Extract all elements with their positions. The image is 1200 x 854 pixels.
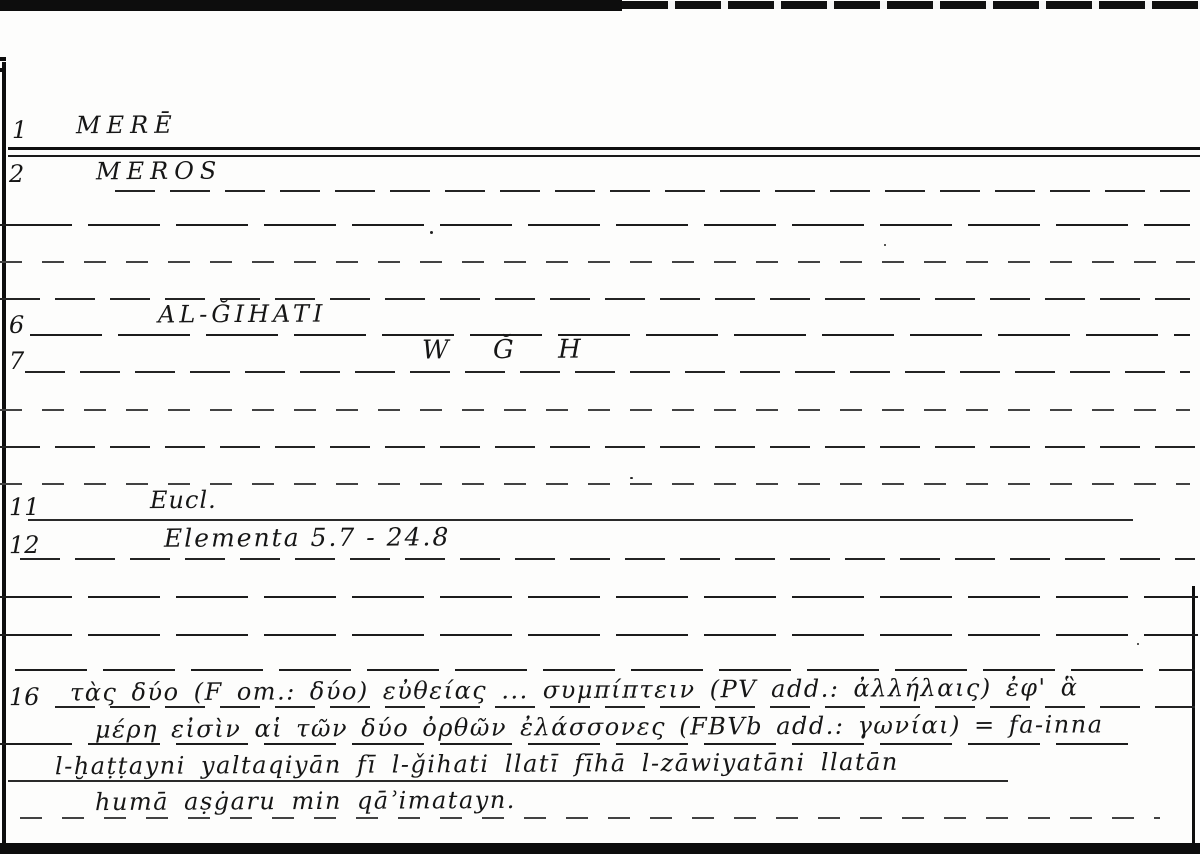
entry-elementa: Elementa 5.7 - 24.8 xyxy=(164,522,450,552)
left-border xyxy=(2,62,6,845)
ruled-line xyxy=(115,190,1190,192)
ruled-line xyxy=(8,780,1008,782)
ruled-line xyxy=(15,669,1195,671)
ruled-line xyxy=(0,409,1190,411)
ruled-line xyxy=(0,483,1190,485)
scan-speck xyxy=(1137,643,1139,645)
scanned-card: 1 2 6 7 11 12 16 MERĒ MEROS AL-ĞIHATI W … xyxy=(0,0,1200,854)
ruled-line xyxy=(0,261,1195,263)
entry-eucl: Eucl. xyxy=(150,486,217,514)
ruled-line xyxy=(0,743,1140,745)
row-number-6: 6 xyxy=(9,311,24,339)
row-number-2: 2 xyxy=(9,160,24,188)
ruled-line xyxy=(0,634,1198,636)
ruled-line xyxy=(20,558,1195,560)
entry-16-line-4: humā aṣġaru min qāʾimatayn. xyxy=(95,786,516,816)
entry-16-line-2: μέρη εἰσὶν αἱ τῶν δύο ὀρθῶν ἐλάσσονες (F… xyxy=(95,710,1104,743)
entry-wgh: W Ğ H xyxy=(422,335,591,366)
entry-al-gihati: AL-ĞIHATI xyxy=(158,300,327,329)
scan-speck xyxy=(630,477,633,479)
ruled-line xyxy=(20,817,1160,819)
row-number-1: 1 xyxy=(12,116,27,144)
scan-speck xyxy=(884,244,886,246)
bottom-border xyxy=(0,843,1200,854)
row-number-16: 16 xyxy=(9,683,40,711)
row-number-7: 7 xyxy=(9,347,24,375)
row-number-12: 12 xyxy=(9,531,40,559)
top-border-left xyxy=(0,0,622,11)
ruled-line xyxy=(28,519,1133,521)
row-number-11: 11 xyxy=(9,493,40,521)
scan-speck xyxy=(430,231,433,234)
ruled-line xyxy=(0,224,1190,226)
left-edge-tick xyxy=(0,68,5,72)
ruled-line xyxy=(55,706,1195,708)
ruled-line xyxy=(0,596,1198,598)
ruled-line xyxy=(8,147,1200,150)
ruled-line xyxy=(30,334,1190,336)
ruled-line xyxy=(0,446,1195,448)
left-edge-tick xyxy=(0,57,6,61)
entry-16-line-1: τὰς δύο (F om.: δύο) εὐθείας ... συμπίπτ… xyxy=(70,673,1079,706)
right-border xyxy=(1192,586,1195,845)
entry-meros: MEROS xyxy=(96,157,222,186)
top-border-right xyxy=(622,1,1200,9)
entry-16-line-3: l-ḫaṭṭayni yaltaqiyān fī l-ǧihati llatī … xyxy=(55,748,899,780)
ruled-line xyxy=(25,371,1190,373)
entry-mere: MERĒ xyxy=(76,111,178,140)
